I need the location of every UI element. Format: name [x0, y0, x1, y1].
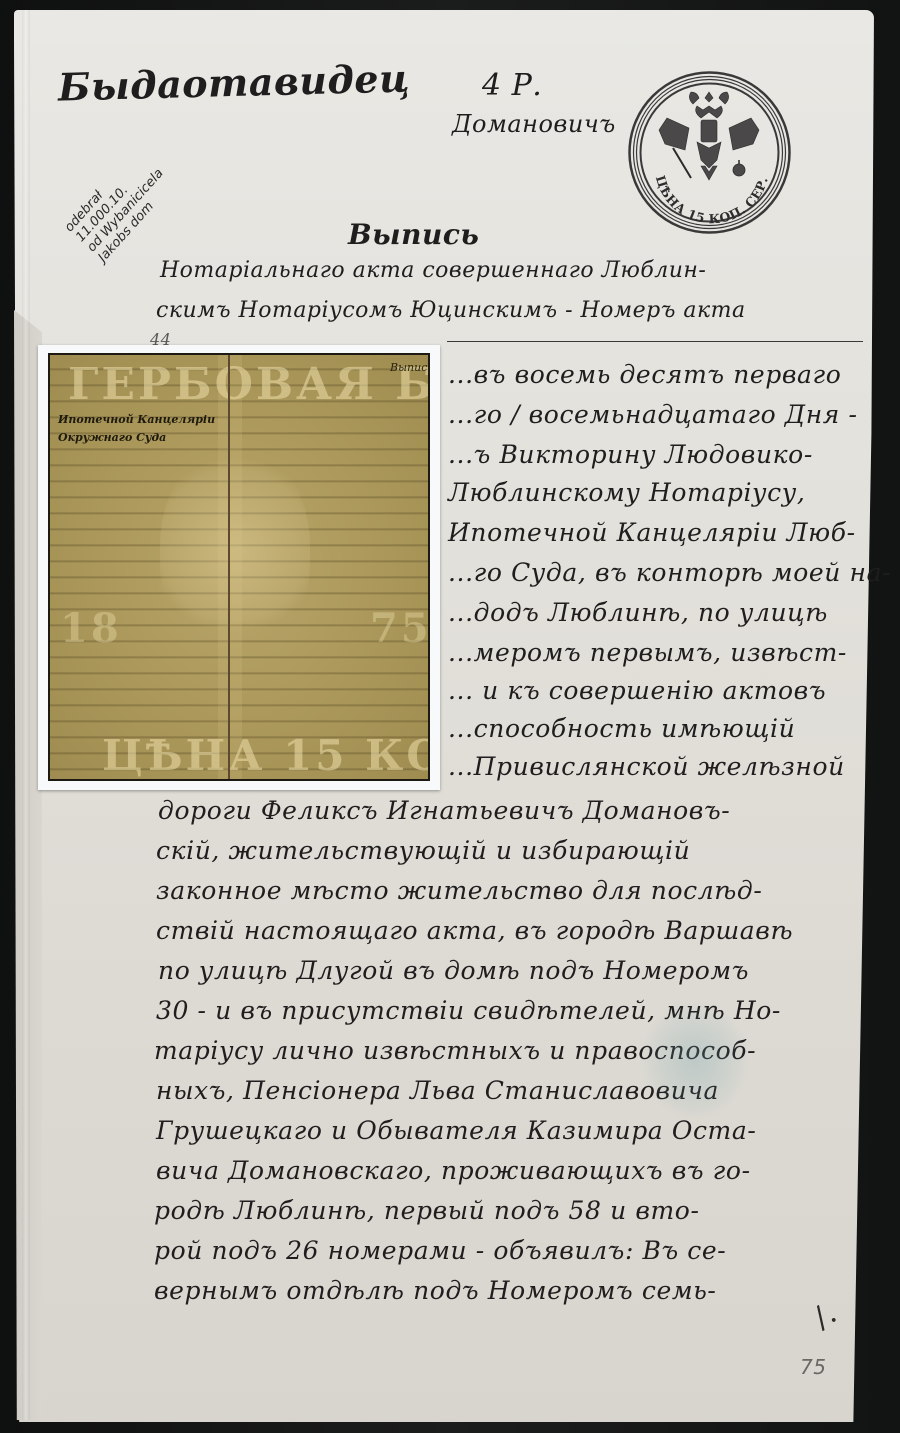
- inset-corner-word: Выпис: [390, 361, 427, 374]
- text-line: вернымъ отдѣлѣ подъ Номеромъ семь-: [154, 1276, 716, 1305]
- text-line: ...способность имѣющій: [448, 714, 795, 743]
- text-line: Грушецкаго и Обывателя Казимира Оста-: [156, 1116, 756, 1145]
- subtitle-line: скимъ Нотаріусомъ Юцинскимъ - Номеръ акт…: [156, 298, 746, 323]
- text-line: ... и къ совершенію актовъ: [448, 676, 826, 705]
- text-line: скій, жительствующій и избирающій: [156, 836, 690, 865]
- watermark-year-right: 75: [370, 605, 430, 652]
- text-line: рой подъ 26 номерами - объявилъ: Въ се-: [154, 1236, 726, 1265]
- watermark-year-left: 18: [60, 605, 122, 652]
- text-line: ...додъ Люблинѣ, по улицѣ: [448, 598, 828, 627]
- text-line: ...въ восемь десятъ перваго: [448, 360, 841, 389]
- subtitle-line: Нотаріальнаго акта совершеннаго Люблин-: [160, 258, 706, 283]
- text-line: вича Домановскаго, проживающихъ въ го-: [156, 1156, 751, 1185]
- text-line: родѣ Люблинѣ, первый подъ 58 и вто-: [154, 1196, 700, 1225]
- inset-photo-frame: ГЕРБОВАЯ БУМАГА 18 75 ЦѢНА 15 КОП. СЕР. …: [38, 345, 440, 790]
- text-line: по улицѣ Длугой въ домѣ подъ Номеромъ: [158, 956, 749, 985]
- watermark-top: ГЕРБОВАЯ БУМАГА: [68, 359, 430, 410]
- text-line: Люблинскому Нотаріусу,: [448, 478, 805, 507]
- text-line: Ипотечной Канцеляріи Люб-: [448, 518, 856, 547]
- text-line: ...ъ Викторину Людовико-: [448, 440, 813, 469]
- ink-stain: [640, 1000, 750, 1120]
- header-signature: Быдаотавидец: [57, 55, 410, 109]
- document-title: Выпись: [348, 218, 479, 251]
- paper-fold-crease: [22, 10, 30, 1420]
- stamped-paper-photo: ГЕРБОВАЯ БУМАГА 18 75 ЦѢНА 15 КОП. СЕР. …: [48, 353, 430, 781]
- text-line: ...Привислянской желѣзной: [448, 752, 845, 781]
- inset-line: Окружнаго Суда: [58, 431, 166, 444]
- text-line: ...го / восемьнадцатаго Дня -: [448, 400, 858, 429]
- header-rule: [447, 341, 863, 342]
- text-line: ...меромъ первымъ, извѣст-: [448, 638, 847, 667]
- inset-line: Ипотечной Канцеляріи: [58, 413, 215, 426]
- watermark-bottom: ЦѢНА 15 КОП. СЕР.: [102, 731, 430, 780]
- text-line: законное мѣсто жительство для послѣд-: [156, 876, 762, 905]
- imperial-stamp-seal: ЦѢНА 15 КОП. СЕР.: [627, 70, 792, 235]
- text-line: дороги Феликсъ Игнатьевичъ Домановъ-: [158, 796, 730, 825]
- page-number: 75: [800, 1355, 826, 1379]
- stamp-value-note: 4 Р.: [482, 68, 542, 103]
- text-line: ...го Суда, въ конторѣ моей на-: [448, 558, 891, 587]
- inset-fold-line: [228, 355, 230, 779]
- inset-fold-shadow: [218, 355, 242, 779]
- stamp-signature: Домановичъ: [452, 110, 616, 138]
- text-line: ныхъ, Пенсіонера Льва Станиславовича: [156, 1076, 719, 1105]
- text-line: ствій настоящаго акта, въ городѣ Варшавѣ: [156, 916, 793, 945]
- double-headed-eagle-icon: ЦѢНА 15 КОП. СЕР.: [627, 70, 792, 235]
